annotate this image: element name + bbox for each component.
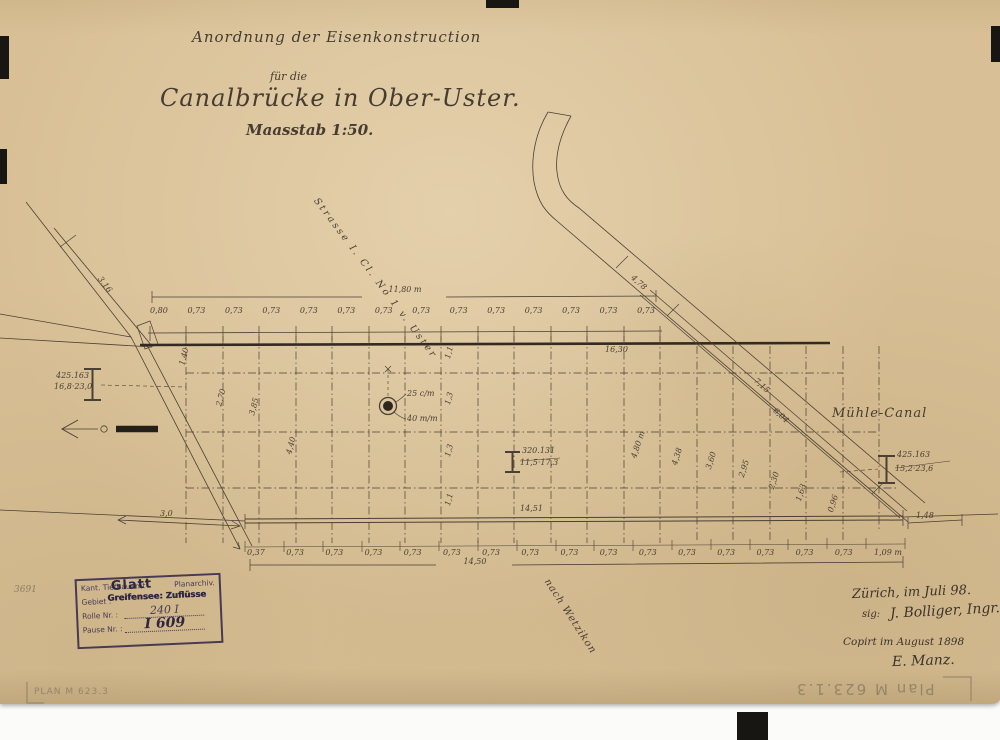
dimension-value: 0,73 <box>600 306 618 315</box>
dimension-value: 0,73 <box>262 306 280 315</box>
canal-lines <box>533 112 925 522</box>
dimension-lines <box>118 290 962 571</box>
dimension-value: 0,73 <box>756 548 774 557</box>
beam-left-label-2: 16,8·23,0 <box>54 382 92 391</box>
dimension-value: 0,73 <box>562 306 580 315</box>
stamp-archive: Planarchiv. <box>174 578 215 589</box>
plan-number-left: PLAN M 623.3 <box>34 687 109 697</box>
dim-bottom-row: 0,370,730,730,730,730,730,730,730,730,73… <box>247 548 902 557</box>
dimension-value: 0,73 <box>225 306 243 315</box>
dimension-value: 0,73 <box>443 548 461 557</box>
dimension-value: 1,09 m <box>874 548 902 557</box>
dimension-value: 0,73 <box>637 306 655 315</box>
dim-top-row: 0,800,730,730,730,730,730,730,730,730,73… <box>150 306 655 315</box>
beam-mid-label-1: 320.131 <box>522 446 555 455</box>
stamp-pause-label: Pause Nr. : <box>83 624 123 635</box>
registration-mark <box>991 26 1000 62</box>
dimension-value: 0,73 <box>521 548 539 557</box>
plan-paper: Anordnung der Eisenkonstruction für die … <box>0 0 1000 704</box>
dimension-value: 0,73 <box>375 306 393 315</box>
dimension-value: 0,73 <box>482 548 500 557</box>
dim-bottom-total: 14,50 <box>440 557 510 566</box>
dim-chord-top: 16,30 <box>605 345 628 354</box>
registration-mark <box>486 0 519 8</box>
pipe-label-1: 25 c/m <box>407 389 434 398</box>
dimension-value: 0,73 <box>325 548 343 557</box>
dimension-value: 0,73 <box>639 548 657 557</box>
archive-stamp: Kant. Tiefbauamt Planarchiv. Glatt Gebie… <box>75 573 224 649</box>
pipe-symbol <box>380 366 407 419</box>
abutment-lines <box>131 337 252 549</box>
dim-chord-bottom: 14,51 <box>520 504 543 513</box>
beam-mid-label-2: 11,5·17,3 <box>520 458 558 467</box>
stamp-rolle-label: Rolle Nr. : <box>82 610 118 621</box>
dimension-value: 0,73 <box>404 548 422 557</box>
plan-subject: Canalbrücke in Ober-Uster. <box>160 84 521 112</box>
canal-label: Mühle-Canal <box>832 406 927 421</box>
dimension-value: 0,73 <box>337 306 355 315</box>
beam-right-label-1: 425.163 <box>897 450 930 459</box>
dimension-value: 0,73 <box>412 306 430 315</box>
dimension-value: 0,73 <box>796 548 814 557</box>
beam-right-label-2: 15,2·23,6 <box>895 464 933 473</box>
road-lines <box>0 202 158 349</box>
dimension-value: 0,73 <box>365 548 383 557</box>
plan-scale: Maasstab 1:50. <box>246 121 373 139</box>
signature-copyist: E. Manz. <box>892 652 955 670</box>
registration-mark <box>737 712 768 740</box>
dimension-value: 0,73 <box>835 548 853 557</box>
stamp-pause-value: I 609 <box>144 614 185 632</box>
pencil-number: 3691 <box>14 585 37 595</box>
plan-number-right: Plan M 623.1.3 <box>795 680 935 698</box>
dimension-value: 0,73 <box>678 548 696 557</box>
dim-right-end: 1,48 <box>916 511 934 520</box>
dim-left-bottom: 3,0 <box>160 509 173 518</box>
pipe-label-2: 40 m/m <box>407 414 438 423</box>
dimension-value: 0,73 <box>600 548 618 557</box>
scanned-plan-page: Anordnung der Eisenkonstruction für die … <box>0 0 1000 740</box>
dim-top-total: 11,80 m <box>370 285 440 294</box>
plan-subtitle-prefix: für die <box>270 70 307 83</box>
dimension-value: 0,80 <box>150 306 168 315</box>
dimension-value: 0,73 <box>525 306 543 315</box>
dimension-value: 0,37 <box>247 548 265 557</box>
dimension-value: 0,73 <box>187 306 205 315</box>
registration-mark <box>0 36 9 79</box>
dimension-value: 0,73 <box>717 548 735 557</box>
dimension-value: 0,73 <box>561 548 579 557</box>
dimension-value: 0,73 <box>487 306 505 315</box>
dimension-value: 0,73 <box>450 306 468 315</box>
signature-sig-prefix: sig: <box>862 609 880 620</box>
dimension-value: 0,73 <box>286 548 304 557</box>
dimension-value: 0,73 <box>300 306 318 315</box>
registration-mark <box>0 149 7 184</box>
north-arrow <box>62 420 158 438</box>
ibeam-symbols <box>84 369 950 483</box>
signature-copy-note: Copirt im August 1898 <box>843 636 964 648</box>
beam-left-label-1: 425.163 <box>56 371 89 380</box>
plan-title: Anordnung der Eisenkonstruction <box>192 28 481 46</box>
